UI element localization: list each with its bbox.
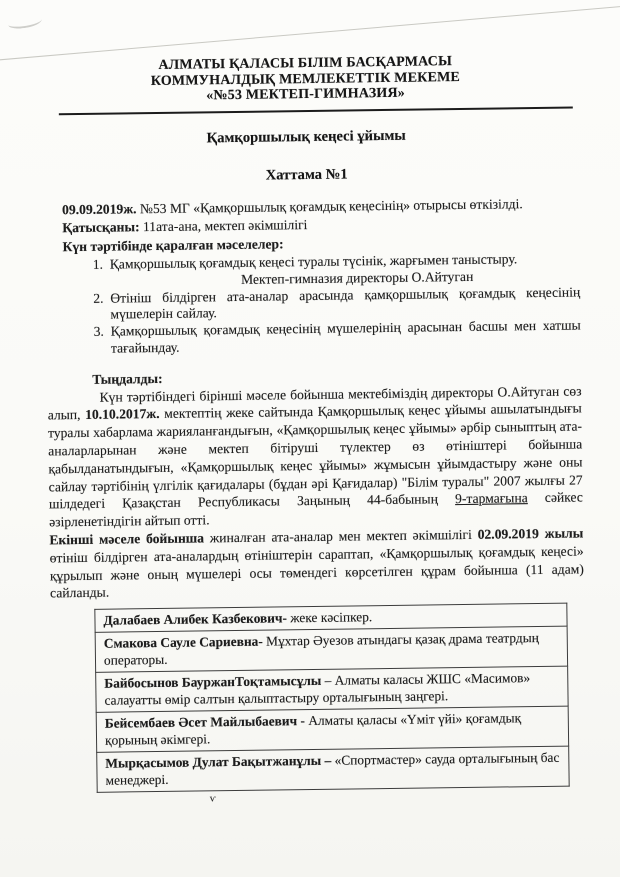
- heard-paragraph-2: Екінші мәселе бойынша жиналған ата-анала…: [49, 524, 584, 602]
- member-cell: Мырқасымов Дулат Бақытжанұлы – «Спортмас…: [97, 746, 569, 792]
- table-row: Бейсембаев Әсет Майлыбаевич - Алматы қал…: [96, 706, 568, 752]
- member-cell: Байбосынов БауржанТоқтамысұлы – Алматы к…: [96, 666, 568, 712]
- agenda-item-text: Қамқоршылық қоғамдық кеңесінің мүшелерін…: [111, 318, 581, 358]
- agenda-item-number: 2.: [93, 290, 110, 324]
- member-cell: Смакова Сауле Сариевна- Мұхтар Әуезов ат…: [95, 626, 567, 672]
- agenda-item-number: 3.: [94, 324, 111, 358]
- document-title: Хаттама №1: [0, 162, 617, 187]
- scanned-document-page: АЛМАТЫ ҚАЛАСЫ БІЛІМ БАСҚАРМАСЫ КОММУНАЛД…: [0, 0, 620, 877]
- organization-subtitle: Қамқоршылық кеңесі ұйымы: [0, 124, 616, 149]
- members-table: Далабаев Алибек Казбекович- жеке кәсіпке…: [94, 603, 569, 793]
- heard-section: Тыңдалды: Күн тәртібіндегі бірінші мәсел…: [47, 364, 584, 602]
- document-content: АЛМАТЫ ҚАЛАСЫ БІЛІМ БАСҚАРМАСЫ КОММУНАЛД…: [0, 0, 620, 807]
- table-row: Мырқасымов Дулат Бақытжанұлы – «Спортмас…: [97, 746, 569, 792]
- agenda-item-3: 3. Қамқоршылық қоғамдық кеңесінің мүшеле…: [94, 318, 581, 358]
- agenda-list: 1. Қамқоршылық қоғамдық кеңесі туралы тү…: [93, 250, 581, 357]
- agenda-item-number: 1.: [93, 257, 110, 274]
- member-cell: Бейсембаев Әсет Майлыбаевич - Алматы қал…: [96, 706, 568, 752]
- letterhead: АЛМАТЫ ҚАЛАСЫ БІЛІМ БАСҚАРМАСЫ КОММУНАЛД…: [0, 52, 616, 107]
- heard-paragraph-1: Күн тәртібіндегі бірінші мәселе бойынша …: [47, 382, 583, 531]
- letterhead-divider: [59, 106, 573, 115]
- intro-section: 09.09.2019ж. №53 МГ «Қамқоршылық қоғамды…: [62, 194, 583, 256]
- table-row: Байбосынов БауржанТоқтамысұлы – Алматы к…: [96, 666, 568, 712]
- check-mark: ѵ: [210, 789, 620, 804]
- table-row: Смакова Сауле Сариевна- Мұхтар Әуезов ат…: [95, 626, 567, 672]
